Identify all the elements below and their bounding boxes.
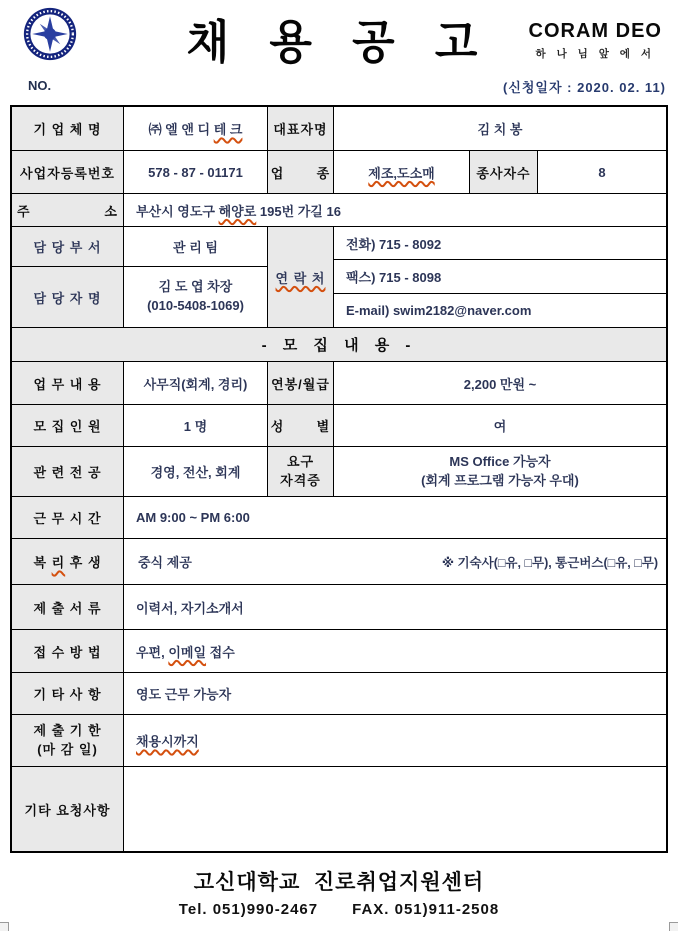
department-value: 관 리 팀 <box>124 227 267 267</box>
welfare-checkbox-note: ※ 기숙사(□유, □무), 통근버스(□유, □무) <box>442 553 658 571</box>
brand-motto-korean: 하 나 님 앞 에 서 <box>529 46 662 61</box>
resize-handle-bottom-left[interactable] <box>0 922 9 931</box>
welfare-label-misspelled: 리 <box>52 552 66 571</box>
footer-contact-line: Tel. 051)990-2467FAX. 051)911-2508 <box>0 901 678 918</box>
address-post: 195번 가길 16 <box>256 201 341 220</box>
gender-value: 여 <box>334 405 666 446</box>
company-name-label: 기 업 체 명 <box>12 107 124 150</box>
row-other-requests: 기타 요청사항 <box>12 767 666 851</box>
welfare-value: 중식 제공 ※ 기숙사(□유, □무), 통근버스(□유, □무) <box>124 539 666 584</box>
address-pre: 부산시 영도구 <box>136 201 219 220</box>
contact-fax: 팩스) 715 - 8098 <box>334 260 666 294</box>
gender-label: 성 별 <box>268 405 334 446</box>
ceo-label: 대표자명 <box>268 107 334 150</box>
footer-organization: 고신대학교 진로취업지원센터 <box>0 866 678 896</box>
row-documents: 제 출 서 류 이력서, 자기소개서 <box>12 585 666 630</box>
welfare-label-pre: 복 <box>33 552 51 571</box>
contact-labels-column: 담 당 부 서 담 당 자 명 <box>12 227 124 327</box>
manager-phone: (010-5408-1069) <box>147 297 244 316</box>
contact-label-misspelled: 연 락 처 <box>276 268 326 287</box>
major-label: 관 련 전 공 <box>12 447 124 496</box>
row-address: 주 소 부산시 영도구 해양로 195번 가길 16 <box>12 194 666 227</box>
documents-value: 이력서, 자기소개서 <box>124 585 666 629</box>
hours-value: AM 9:00 ~ PM 6:00 <box>124 497 666 538</box>
department-label: 담 당 부 서 <box>12 227 123 267</box>
welfare-meal: 중식 제공 <box>138 552 192 571</box>
other-requests-value <box>124 767 666 851</box>
headcount-label: 모 집 인 원 <box>12 405 124 446</box>
certificate-label-line1: 요구 <box>287 453 314 472</box>
documents-label: 제 출 서 류 <box>12 585 124 629</box>
other-notes-label: 기 타 사 항 <box>12 673 124 714</box>
address-value: 부산시 영도구 해양로 195번 가길 16 <box>124 194 666 226</box>
apply-post: 접수 <box>206 642 235 661</box>
certificate-line1: MS Office 가능자 <box>449 453 550 472</box>
contact-label: 연 락 처 <box>268 227 333 327</box>
industry-label: 업 종 <box>268 151 334 193</box>
other-notes-value: 영도 근무 가능자 <box>124 673 666 714</box>
hours-label: 근 무 시 간 <box>12 497 124 538</box>
deadline-label-line1: 제 출 기 한 <box>33 722 101 741</box>
row-apply-method: 접 수 방 법 우편, 이메일 접수 <box>12 630 666 673</box>
industry-value: 제조,도소매 <box>334 151 470 193</box>
contact-label-column: 연 락 처 <box>268 227 334 327</box>
other-requests-label: 기타 요청사항 <box>12 767 124 851</box>
company-name-main: ㈜ 엘 앤 디 <box>149 119 214 138</box>
contact-phone: 전화) 715 - 8092 <box>334 227 666 260</box>
recruitment-section-title: - 모 집 내 용 - <box>12 328 666 361</box>
application-date: (신청일자 : 2020. 02. 11) <box>503 77 666 96</box>
row-deadline: 제 출 기 한 (마 감 일) 채용시까지 <box>12 715 666 767</box>
contact-values-column: 관 리 팀 김 도 엽 차장 (010-5408-1069) <box>124 227 268 327</box>
salary-value: 2,200 만원 ~ <box>334 362 666 404</box>
row-other-notes: 기 타 사 항 영도 근무 가능자 <box>12 673 666 715</box>
employee-count-value: 8 <box>538 151 666 193</box>
address-road-misspelled: 해양로 <box>219 201 257 220</box>
row-major: 관 련 전 공 경영, 전산, 회계 요구 자격증 MS Office 가능자 … <box>12 447 666 497</box>
headcount-value: 1 명 <box>124 405 268 446</box>
brand-motto: CORAM DEO <box>529 20 662 43</box>
apply-method-label: 접 수 방 법 <box>12 630 124 672</box>
employee-count-label: 종사자수 <box>470 151 538 193</box>
business-number-label: 사업자등록번호 <box>12 151 124 193</box>
salary-label: 연봉/월급 <box>268 362 334 404</box>
major-value: 경영, 전산, 회계 <box>124 447 268 496</box>
certificate-value: MS Office 가능자 (회계 프로그램 가능자 우대) <box>334 447 666 496</box>
certificate-line2: (회계 프로그램 가능자 우대) <box>421 472 579 491</box>
row-welfare: 복 리 후 생 중식 제공 ※ 기숙사(□유, □무), 통근버스(□유, □무… <box>12 539 666 585</box>
duty-label: 업 무 내 용 <box>12 362 124 404</box>
row-headcount: 모 집 인 원 1 명 성 별 여 <box>12 405 666 447</box>
document-header: 채 용 공 고 CORAM DEO 하 나 님 앞 에 서 NO. (신청일자 … <box>0 0 678 104</box>
manager-name: 김 도 엽 차장 <box>159 278 233 297</box>
row-hours: 근 무 시 간 AM 9:00 ~ PM 6:00 <box>12 497 666 539</box>
apply-email-misspelled: 이메일 <box>168 642 206 661</box>
industry-misspelled: 제조,도소매 <box>368 163 434 182</box>
row-duty: 업 무 내 용 사무직(회계, 경리) 연봉/월급 2,200 만원 ~ <box>12 362 666 405</box>
manager-label: 담 당 자 명 <box>12 267 123 327</box>
apply-method-value: 우편, 이메일 접수 <box>124 630 666 672</box>
row-section-title: - 모 집 내 용 - <box>12 328 666 362</box>
row-business-number: 사업자등록번호 578 - 87 - 01171 업 종 제조,도소매 종사자수… <box>12 151 666 194</box>
job-posting-form-table: 기 업 체 명 ㈜ 엘 앤 디 테 크 대표자명 김 치 봉 사업자등록번호 5… <box>10 105 668 853</box>
deadline-value: 채용시까지 <box>124 715 666 766</box>
brand-block: CORAM DEO 하 나 님 앞 에 서 <box>529 20 662 61</box>
footer-fax: FAX. 051)911-2508 <box>352 901 499 918</box>
row-company: 기 업 체 명 ㈜ 엘 앤 디 테 크 대표자명 김 치 봉 <box>12 107 666 151</box>
deadline-label: 제 출 기 한 (마 감 일) <box>12 715 124 766</box>
contact-email: E-mail) swim2182@naver.com <box>334 294 666 327</box>
resize-handle-bottom-right[interactable] <box>669 922 678 931</box>
contact-block: 담 당 부 서 담 당 자 명 관 리 팀 김 도 엽 차장 (010-5408… <box>12 227 666 328</box>
footer-tel: Tel. 051)990-2467 <box>179 901 318 918</box>
contact-detail-column: 전화) 715 - 8092 팩스) 715 - 8098 E-mail) sw… <box>334 227 666 327</box>
deadline-label-line2: (마 감 일) <box>37 741 98 760</box>
welfare-label: 복 리 후 생 <box>12 539 124 584</box>
document-number-label: NO. <box>28 78 51 93</box>
company-name-value: ㈜ 엘 앤 디 테 크 <box>124 107 268 150</box>
apply-pre: 우편, <box>136 642 168 661</box>
manager-value: 김 도 엽 차장 (010-5408-1069) <box>124 267 267 327</box>
certificate-label-line2: 자격증 <box>280 472 321 491</box>
deadline-misspelled: 채용시까지 <box>136 731 199 750</box>
business-number-value: 578 - 87 - 01171 <box>124 151 268 193</box>
company-name-misspelled: 테 크 <box>214 119 243 138</box>
welfare-label-post: 후 생 <box>65 552 101 571</box>
address-label: 주 소 <box>12 194 124 226</box>
certificate-label: 요구 자격증 <box>268 447 334 496</box>
duty-value: 사무직(회계, 경리) <box>124 362 268 404</box>
ceo-value: 김 치 봉 <box>334 107 666 150</box>
